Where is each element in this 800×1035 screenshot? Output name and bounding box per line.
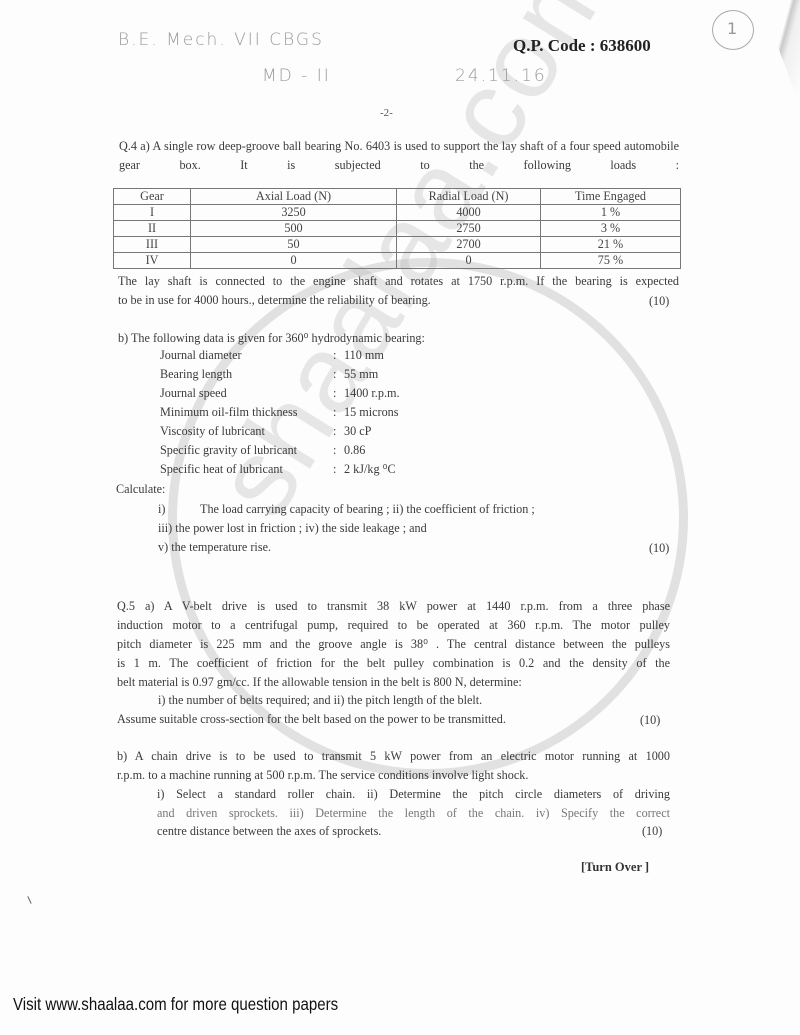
cell-radial: 4000 [397, 205, 541, 221]
folded-corner-shadow [760, 0, 800, 105]
cell-gear: I [114, 205, 191, 221]
calc-line-3: v) the temperature rise. [158, 538, 271, 557]
q4a-text-line1: The lay shaft is connected to the engine… [118, 272, 679, 291]
q4a-marks: (10) [649, 294, 669, 309]
page-number: -2- [380, 107, 393, 119]
handwritten-subject: MD - II [262, 66, 331, 86]
q4a-text-line2: to be in use for 4000 hours., determine … [118, 291, 431, 310]
col-time-engaged: Time Engaged [541, 189, 681, 205]
q5a-line-2: induction motor to a centrifugal pump, r… [117, 616, 670, 635]
table-row: III 50 2700 21 % [114, 237, 681, 253]
cell-time: 3 % [541, 221, 681, 237]
calculate-label: Calculate: [116, 480, 165, 499]
q5b-line-2: r.p.m. to a machine running at 500 r.p.m… [117, 766, 528, 785]
cell-axial: 50 [191, 237, 397, 253]
calc-item-number: i) [158, 500, 165, 519]
question-paper-page: shaalaa.com B.E. Mech. VII CBGS MD - II … [0, 0, 800, 1035]
corner-circle-mark: 1 [712, 10, 754, 50]
table-header-row: Gear Axial Load (N) Radial Load (N) Time… [114, 189, 681, 205]
q5a-sub-items: i) the number of belts required; and ii)… [158, 691, 482, 710]
q5b-sub-line-1: i) Select a standard roller chain. ii) D… [157, 785, 670, 804]
q5a-line-3: pitch diameter is 225 mm and the groove … [117, 635, 670, 654]
q5a-line-4: is 1 m. The coefficient of friction for … [117, 654, 670, 673]
col-axial-load: Axial Load (N) [191, 189, 397, 205]
table-row: I 3250 4000 1 % [114, 205, 681, 221]
col-radial-load: Radial Load (N) [397, 189, 541, 205]
table-row: IV 0 0 75 % [114, 253, 681, 269]
q5a-line-1: Q.5 a) A V-belt drive is used to transmi… [117, 597, 670, 616]
q5a-assume: Assume suitable cross-section for the be… [117, 710, 506, 729]
q5b-sub-line-3: centre distance between the axes of spro… [157, 822, 381, 841]
cell-time: 1 % [541, 205, 681, 221]
cell-gear: II [114, 221, 191, 237]
calc-line-1: The load carrying capacity of bearing ; … [200, 500, 535, 519]
cell-axial: 3250 [191, 205, 397, 221]
q5b-marks: (10) [642, 824, 662, 839]
cell-gear: IV [114, 253, 191, 269]
handwritten-date: 24.11.16 [455, 66, 547, 86]
table-row: II 500 2750 3 % [114, 221, 681, 237]
q4a-intro: Q.4 a) A single row deep-groove ball bea… [119, 137, 679, 175]
footer-link[interactable]: Visit www.shaalaa.com for more question … [13, 994, 338, 1015]
handwritten-course: B.E. Mech. VII CBGS [118, 30, 324, 50]
cell-axial: 0 [191, 253, 397, 269]
col-gear: Gear [114, 189, 191, 205]
calc-line-2: iii) the power lost in friction ; iv) th… [158, 519, 427, 538]
q5a-line-5: belt material is 0.97 gm/cc. If the allo… [117, 673, 522, 692]
scan-speck [27, 896, 31, 904]
cell-gear: III [114, 237, 191, 253]
qp-code: Q.P. Code : 638600 [513, 36, 651, 56]
cell-axial: 500 [191, 221, 397, 237]
q4b-marks: (10) [649, 541, 669, 556]
cell-time: 75 % [541, 253, 681, 269]
q5a-marks: (10) [640, 713, 660, 728]
q5b-sub-line-2: and driven sprockets. iii) Determine the… [157, 804, 670, 823]
turn-over-note: [Turn Over ] [581, 860, 649, 875]
gear-load-table: Gear Axial Load (N) Radial Load (N) Time… [113, 188, 681, 269]
cell-time: 21 % [541, 237, 681, 253]
q4b-intro: b) The following data is given for 360⁰ … [118, 329, 425, 348]
cell-radial: 2750 [397, 221, 541, 237]
q5b-line-1: b) A chain drive is to be used to transm… [117, 747, 670, 766]
cell-radial: 0 [397, 253, 541, 269]
cell-radial: 2700 [397, 237, 541, 253]
